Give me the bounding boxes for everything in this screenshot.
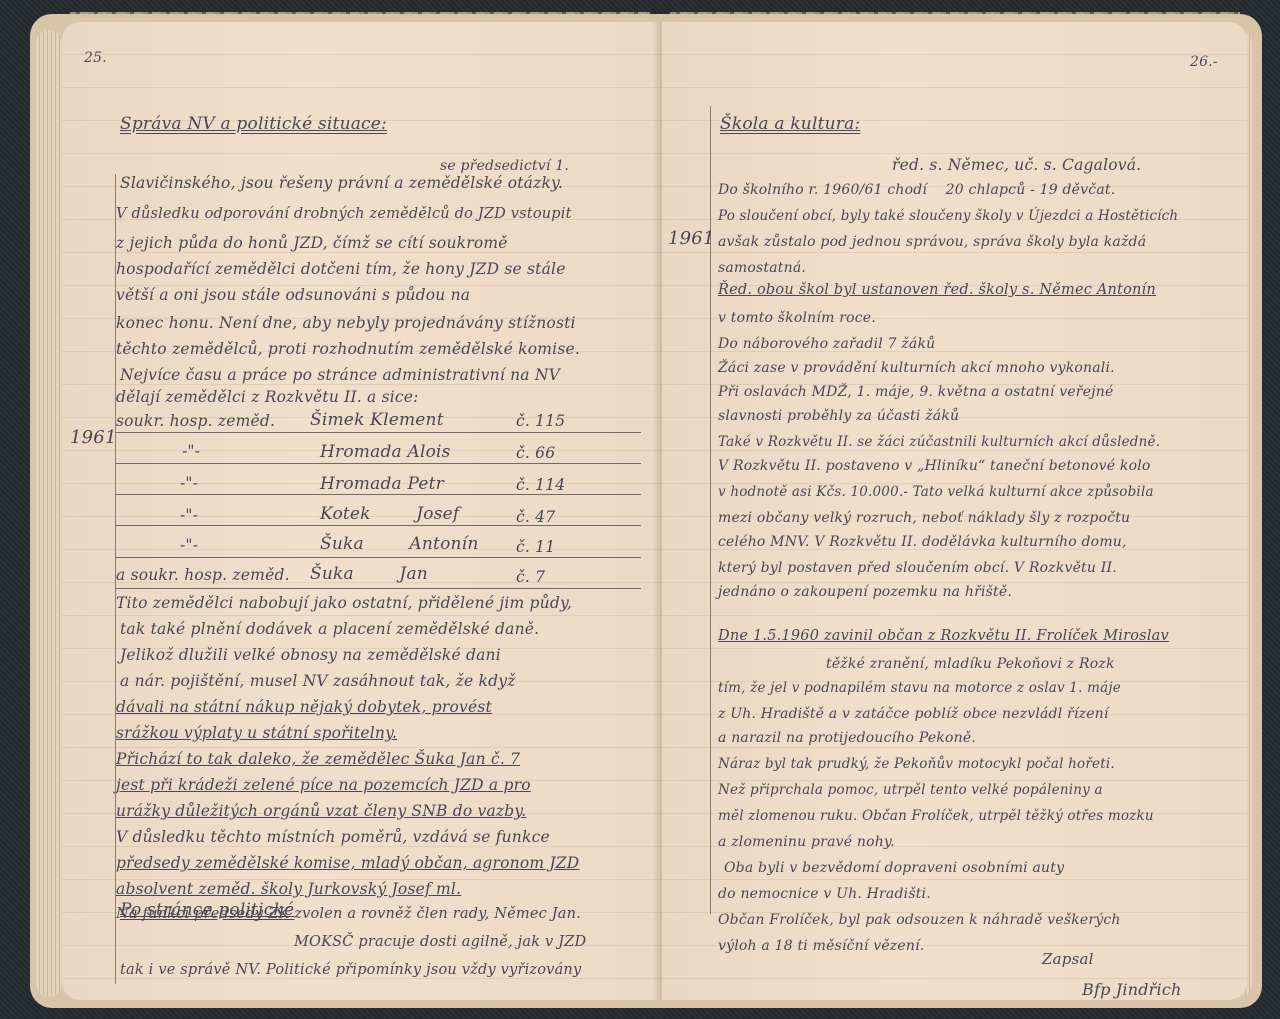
right-page: 26.- 1961 Škola a kultura: řed. s. Němec…: [662, 22, 1247, 1000]
text-line: z Uh. Hradiště a v zatáčce poblíž obce n…: [718, 706, 1109, 722]
text-line: v hodnotě asi Kčs. 10.000.- Tato velká k…: [718, 484, 1154, 500]
text-line: jest při krádeži zelené píce na pozemcíc…: [116, 776, 531, 794]
row-rule: [116, 525, 641, 526]
table-house-no: č. 114: [516, 476, 565, 494]
row-rule: [116, 557, 641, 558]
text-line: a narazil na protijedoucího Pekoně.: [718, 730, 976, 746]
table-name: Šuka Jan: [310, 564, 428, 584]
text-line: jednáno o zakoupení pozemku na hřiště.: [718, 584, 1012, 600]
margin-year: 1961: [668, 228, 715, 249]
text-line: V Rozkvětu II. postaveno v „Hliníku“ tan…: [718, 458, 1151, 474]
text-line: absolvent zeměd. školy Jurkovský Josef m…: [116, 880, 461, 898]
text-line: výloh a 18 ti měsíční vězení.: [718, 938, 924, 954]
signature-name: Bfp Jindřich: [1082, 980, 1182, 999]
subheading-political: Po stránce politické: [120, 900, 294, 920]
row-rule: [116, 494, 641, 495]
row-rule: [116, 432, 641, 433]
text-line: V důsledku odporování drobných zemědělců…: [116, 206, 572, 222]
text-line: Přichází to tak daleko, že zemědělec Šuk…: [116, 750, 520, 768]
text-line: Jelikož dlužili velké obnosy na zeměděls…: [120, 646, 501, 664]
text-line: tak také plnění dodávek a placení zemědě…: [120, 620, 539, 638]
text-line: celého MNV. V Rozkvětu II. dodělávka kul…: [718, 534, 1127, 550]
table-house-no: č. 47: [516, 508, 555, 526]
margin-year: 1961: [70, 427, 117, 448]
text-line: srážkou výplaty u státní spořitelny.: [116, 724, 397, 742]
left-page: 25. 1961 Správa NV a politické situace: …: [62, 22, 662, 1000]
text-line: měl zlomenou ruku. Občan Frolíček, utrpě…: [718, 808, 1154, 824]
text-line: do nemocnice v Uh. Hradišti.: [718, 886, 931, 902]
table-house-no: č. 115: [516, 412, 565, 430]
text-line: Náraz byl tak prudký, že Pekoňův motocyk…: [718, 756, 1115, 772]
text-line: hospodařící zemědělci dotčeni tím, že ho…: [116, 260, 566, 278]
table-house-no: č. 7: [516, 568, 545, 586]
text-line: MOKSČ pracuje dosti agilně, jak v JZD: [294, 934, 586, 950]
section-heading: Škola a kultura:: [720, 114, 860, 134]
text-line: mezi občany velký rozruch, neboť náklady…: [718, 510, 1130, 526]
text-line: těchto zemědělců, proti rozhodnutím země…: [116, 340, 580, 358]
table-name: Kotek Josef: [320, 504, 459, 524]
table-category: soukr. hosp. zeměd.: [116, 412, 275, 430]
text-line: z jejich půda do honů JZD, čímž se cítí …: [116, 234, 508, 252]
text-line: který byl postaven před sloučením obcí. …: [718, 560, 1117, 576]
text-line: Nejvíce času a práce po stránce administ…: [120, 366, 560, 384]
section-heading: Správa NV a politické situace:: [120, 114, 387, 134]
text-line: samostatná.: [718, 260, 806, 276]
page-number: 26.-: [1190, 54, 1218, 70]
table-name: Šuka Antonín: [320, 534, 478, 554]
text-line: avšak zůstalo pod jednou správou, správa…: [718, 234, 1146, 250]
table-name: Hromada Alois: [320, 442, 451, 462]
text-line: a nár. pojištění, musel NV zasáhnout tak…: [120, 672, 516, 690]
text-line: se předsedictví 1.: [440, 158, 569, 174]
text-line: Do náborového zařadil 7 žáků: [718, 336, 935, 352]
text-line: větší a oni jsou stále odsunováni s půdo…: [116, 286, 470, 304]
text-line: urážky důležitých orgánů vzat členy SNB …: [116, 802, 526, 820]
signature-label: Zapsal: [1042, 950, 1094, 968]
text-line: a zlomeninu pravé nohy.: [718, 834, 895, 850]
text-line: tak i ve správě NV. Politické připomínky…: [120, 962, 581, 978]
text-line: předsedy zemědělské komise, mladý občan,…: [116, 854, 579, 872]
text-line: Řed. obou škol byl ustanoven řed. školy …: [718, 282, 1156, 298]
text-line: slavnosti proběhly za účasti žáků: [718, 408, 959, 424]
text-line: Žáci zase v provádění kulturních akcí mn…: [718, 360, 1115, 376]
text-line: dávali na státní nákup nějaký dobytek, p…: [116, 698, 492, 716]
table-category: a soukr. hosp. zeměd.: [116, 566, 290, 584]
table-name: Šimek Klement: [310, 410, 444, 430]
row-rule: [116, 588, 641, 589]
text-line: tím, že jel v podnapilém stavu na motorc…: [718, 680, 1121, 696]
text-line: dělají zemědělci z Rozkvětu II. a sice:: [116, 388, 419, 406]
text-line: Po sloučení obcí, byly také sloučeny ško…: [718, 208, 1178, 224]
text-line: Také v Rozkvětu II. se žáci zúčastnili k…: [718, 434, 1160, 450]
text-line: Občan Frolíček, byl pak odsouzen k náhra…: [718, 912, 1121, 928]
text-line: V důsledku těchto místních poměrů, vzdáv…: [116, 828, 550, 846]
text-line: v tomto školním roce.: [718, 310, 876, 326]
accident-heading: Dne 1.5.1960 zavinil občan z Rozkvětu II…: [718, 628, 1169, 644]
text-line: Oba byli v bezvědomí dopraveni osobními …: [724, 860, 1064, 876]
table-category: -"-: [180, 474, 198, 492]
page-number: 25.: [84, 50, 107, 66]
text-line: Do školního r. 1960/61 chodí 20 chlapců …: [718, 182, 1115, 198]
table-category: -"-: [180, 536, 198, 554]
row-rule: [116, 463, 641, 464]
table-category: -"-: [180, 506, 198, 524]
text-line: Slavičinského, jsou řešeny právní a země…: [120, 174, 563, 192]
text-line: řed. s. Němec, uč. s. Cagalová.: [892, 156, 1141, 174]
text-line: Při oslavách MDŽ, 1. máje, 9. května a o…: [718, 384, 1113, 400]
page-edges-left: [36, 30, 62, 997]
text-line: Tito zemědělci nabobují jako ostatní, př…: [116, 594, 572, 612]
text-line: konec honu. Není dne, aby nebyly projedn…: [116, 314, 576, 332]
table-name: Hromada Petr: [320, 474, 444, 494]
table-house-no: č. 11: [516, 538, 555, 556]
text-line: těžké zranění, mladíku Pekoňovi z Rozk: [826, 656, 1115, 672]
table-house-no: č. 66: [516, 444, 555, 462]
text-line: Než připrchala pomoc, utrpěl tento velké…: [718, 782, 1103, 798]
table-category: -"-: [182, 442, 200, 460]
